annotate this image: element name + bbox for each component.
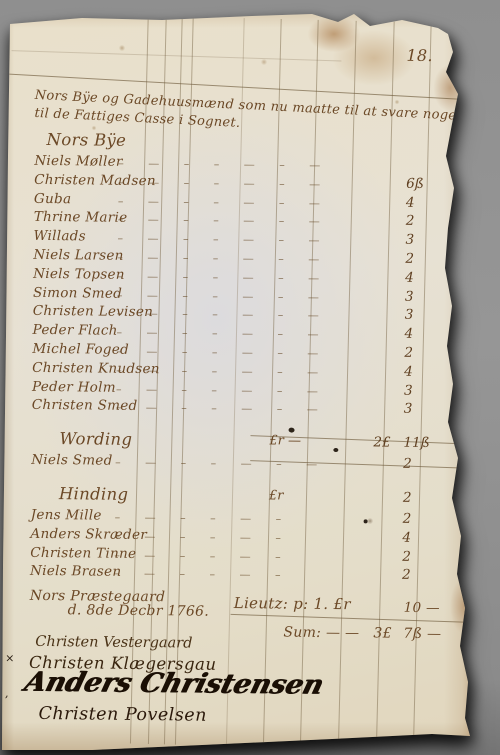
entry-amount: 6ß [406, 175, 466, 194]
entry-name: Jens Mille [31, 506, 102, 526]
currency-mark: £r [269, 484, 284, 508]
entry-amount: 3 [405, 231, 465, 250]
entry-row: Christen Smed– — – – — – —3 [0, 396, 474, 420]
entry-amount: 3 [404, 400, 464, 419]
page-number: 18. [406, 46, 433, 65]
entry-amount: 4 [404, 363, 464, 382]
signature: Christen Vestergaard [35, 634, 192, 652]
entry-rows: Nors BÿeNiels Møller– — – – — – —Christe… [0, 128, 477, 586]
footer-note-value: 10 — [404, 600, 440, 616]
entry-name: Guba [34, 189, 72, 208]
entry-amount: 4 [406, 193, 466, 212]
entry-amount: 2 [402, 566, 462, 585]
ditto-dashes: – — – – — – [114, 565, 400, 587]
entry-name: Michel Foged [32, 340, 129, 360]
entry-amount: 3 [404, 381, 464, 400]
footer-date: d. 8de Decbr 1766. [68, 602, 210, 619]
entry-name: Niels Brasen [30, 562, 121, 582]
margin-mark: × [5, 652, 14, 665]
entry-amount: 4 [402, 528, 462, 547]
entry-amount: 11ß [403, 431, 463, 456]
sum-label: Sum: — — [283, 624, 359, 641]
entry-amount: 3 [405, 306, 465, 325]
ditto-dashes: – — – – — – — [115, 454, 401, 476]
mid-amount: 2£ [373, 431, 390, 455]
ditto-dashes: – — – – — – — [116, 399, 402, 421]
entry-row: Niels Smed– — – – — – —2 [0, 451, 473, 475]
entry-amount: 2 [405, 250, 465, 269]
entry-amount: 2 [404, 344, 464, 363]
entry-name: Niels Møller [34, 152, 122, 172]
sum-value: 7ß — [403, 626, 441, 642]
ink-speck [289, 428, 295, 433]
entry-amount: 2 [403, 486, 463, 511]
entry-name: Peder Flach [32, 321, 117, 341]
footer-note: Lieutz: p: 1. £r [234, 594, 351, 613]
entry-amount: 4 [404, 325, 464, 344]
manuscript-page: 18. Nors Bÿe og Gadehuusmænd som nu maat… [2, 6, 478, 750]
paper-shadow: 18. Nors Bÿe og Gadehuusmænd som nu maat… [0, 0, 500, 755]
entry-name: Niels Smed [31, 451, 113, 471]
entry-amount: 3 [405, 287, 465, 306]
entry-amount: 2 [402, 547, 462, 566]
entry-amount: 2 [403, 455, 463, 474]
entry-name: Simon Smed [33, 283, 122, 303]
section-title: Hinding [59, 482, 129, 507]
entry-name: Thrine Marie [34, 208, 128, 228]
margin-mark: ’ [5, 694, 9, 707]
currency-mark: £r — [269, 429, 301, 453]
entry-name: Peder Holm [32, 377, 116, 397]
section-title: Nors Bÿe [46, 128, 126, 153]
entry-name: Niels Larsen [33, 246, 124, 266]
sum-mid-value: 3£ [373, 625, 392, 641]
page-content: 18. Nors Bÿe og Gadehuusmænd som nu maat… [0, 4, 478, 753]
ink-speck [364, 519, 368, 523]
ink-speck [333, 448, 338, 452]
entry-amount: 4 [405, 269, 465, 288]
entry-amount: 2 [403, 510, 463, 529]
photo-background: 18. Nors Bÿe og Gadehuusmænd som nu maat… [0, 0, 500, 755]
section-title: Wording [59, 427, 132, 452]
entry-amount: 2 [406, 212, 466, 231]
entry-name: Willads [33, 227, 86, 246]
entry-name: Niels Topsen [33, 265, 125, 285]
signature: Anders Christensen [21, 667, 327, 701]
signature-block: Christen VestergaardChristen KlægersgauA… [2, 4, 478, 9]
signature: Christen Povelsen [38, 704, 207, 726]
